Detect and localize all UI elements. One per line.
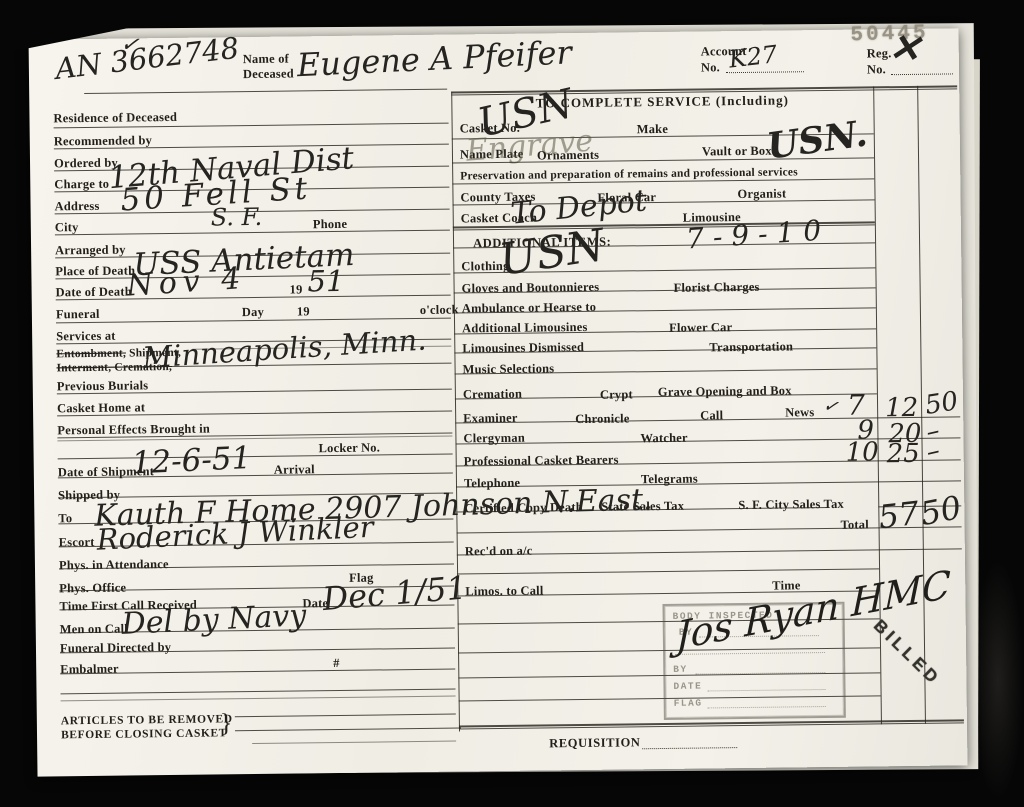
clothing-value: USN [496, 224, 607, 283]
stamp-rule [695, 672, 825, 675]
date-year-printed: 19 [290, 283, 303, 297]
articles-line2: BEFORE CLOSING CASKET [61, 727, 227, 742]
requisition-label: REQUISITION [549, 736, 641, 751]
date-of-death-value: Nov 4 [126, 264, 248, 302]
funeral-directed-label: Funeral Directed by [60, 641, 171, 656]
file-number-handwriting: AN 3662748 [54, 34, 241, 84]
flower-car-label: Flower Car [669, 321, 732, 336]
rule-line [457, 568, 879, 574]
date-of-shipment-value: 12-6-51 [131, 443, 252, 480]
to-value: Kauth F Home 2907 Johnson N.East. [94, 485, 653, 532]
articles-brace: } [220, 709, 233, 738]
account-label-2: No. [701, 61, 720, 75]
cremation-label: Cremation [463, 388, 522, 402]
checkmark-handwriting: ✓ [119, 33, 140, 57]
first-call-date-value: Dec 1/51 [321, 571, 468, 615]
bearers-amount-value: 25 [887, 441, 920, 467]
number-sign: # [333, 657, 340, 671]
rule-line [61, 696, 456, 702]
make-label: Make [637, 123, 669, 137]
rule-line [235, 727, 461, 731]
city-value: S. F. [211, 205, 263, 230]
ambulance-label: Ambulance or Hearse to [462, 301, 597, 316]
header-rule [84, 89, 447, 94]
stamp-rule [708, 706, 826, 708]
reg-label-2: No. [867, 63, 886, 77]
rule-line [235, 714, 456, 718]
grave-opening-label: Grave Opening and Box [658, 384, 792, 399]
gloves-label: Gloves and Boutonnieres [462, 281, 600, 296]
name-of-deceased-value: Eugene A Pfeifer [296, 36, 572, 81]
name-of-deceased-label-1: Name of [243, 53, 289, 67]
funeral-year-printed: 19 [297, 305, 310, 319]
requisition-dotted-line [642, 736, 737, 749]
call-label: Call [700, 409, 723, 423]
embalmer-label: Embalmer [60, 663, 119, 677]
stamp-rule [708, 689, 826, 691]
men-on-call-value: Del by Navy [121, 601, 307, 640]
reg-x-mark-handwriting: ✕ [887, 28, 922, 69]
total-label: Total [840, 518, 868, 532]
casket-bearers-label: Professional Casket Bearers [464, 454, 619, 470]
day-label: Day [242, 306, 264, 320]
escort-label: Escort [59, 536, 95, 550]
watcher-label: Watcher [640, 432, 687, 446]
total-cents-value: 50 [918, 491, 964, 530]
additional-items-value: 7-9-10 [685, 216, 831, 253]
oclock-label: o'clock [420, 303, 459, 317]
entombment-struck: Entombment, [56, 348, 126, 361]
vault-label: Vault or Box [702, 145, 772, 160]
examiner-cents-value: 50 [923, 388, 960, 419]
phone-label: Phone [313, 218, 348, 232]
bearers-num-value: 10 [845, 439, 878, 465]
limos-to-call-label: Limos. to Call [465, 584, 543, 599]
music-selections-label: Music Selections [463, 362, 555, 377]
phys-attendance-label: Phys. in Attendance [59, 558, 169, 573]
account-number-handwriting: K27 [728, 42, 779, 71]
city-label: City [55, 221, 79, 235]
limos-dismissed-label: Limousines Dismissed [462, 341, 584, 356]
news-check-handwriting: ✓ [821, 397, 839, 418]
rule-line [252, 741, 456, 744]
stamp-date-label: DATE [673, 681, 702, 692]
rule-line [58, 454, 453, 460]
name-of-deceased-label-2: Deceased [243, 67, 294, 81]
funeral-record-form: AN 3662748 ✓ Name of Deceased Eugene A P… [29, 28, 968, 776]
date-of-death-year-value: 51 [307, 267, 344, 296]
rule-line [61, 689, 456, 695]
sf-city-sales-tax-label: S. F. City Sales Tax [738, 498, 844, 513]
stamp-by-label-2: BY [673, 664, 688, 675]
scan-smudge [972, 560, 1024, 800]
recd-on-account-label: Rec'd on a/c [465, 545, 533, 560]
funeral-label: Funeral [56, 308, 100, 322]
rule-line [455, 437, 960, 444]
residence-label: Residence of Deceased [53, 111, 177, 126]
examiner-label: Examiner [463, 412, 518, 426]
scanned-form-page: AN 3662748 ✓ Name of Deceased Eugene A P… [0, 0, 1024, 807]
men-on-call-label: Men on Call [60, 623, 128, 638]
articles-line1: ARTICLES TO BE REMOVED [61, 713, 233, 728]
center-column-divider [451, 92, 460, 732]
rule-line [60, 669, 455, 675]
stamp-flag-label: FLAG [674, 698, 703, 709]
